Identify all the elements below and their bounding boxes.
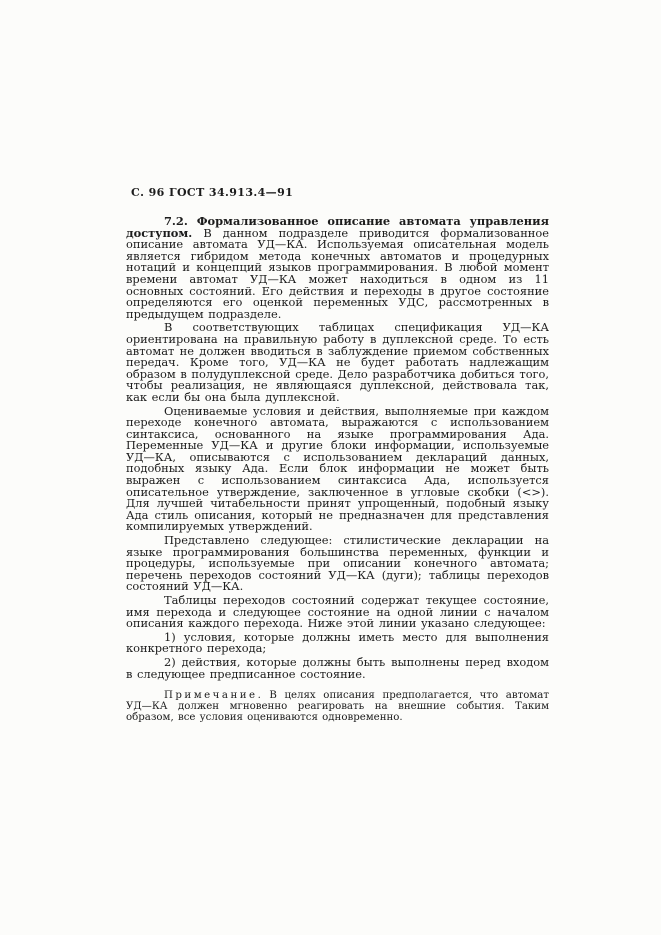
list-item-conditions: 1) условия, которые должны иметь место д… (126, 632, 549, 655)
note-label: Примечание. (164, 690, 263, 701)
paragraph-section-intro: 7.2. Формализованное описание автомата у… (126, 216, 549, 320)
note-block: Примечание.В целях описания предполагает… (126, 690, 549, 723)
running-header-page-and-standard-number: С. 96 ГОСТ 34.913.4—91 (131, 186, 549, 199)
paragraph-presented-content: Представлено следующее: стилистические д… (126, 535, 549, 593)
paragraph-duplex-environment: В соответствующих таблицах спецификация … (126, 322, 549, 403)
paragraph-ada-syntax: Оцениваемые условия и действия, выполняе… (126, 406, 549, 534)
scanned-document-page: С. 96 ГОСТ 34.913.4—91 7.2. Формализован… (0, 0, 661, 935)
paragraph-transition-tables: Таблицы переходов состояний содержат тек… (126, 595, 549, 630)
document-body: 7.2. Формализованное описание автомата у… (126, 216, 549, 723)
list-item-actions: 2) действия, которые должны быть выполне… (126, 657, 549, 680)
paragraph-text: В данном подразделе приводится формализо… (126, 226, 549, 321)
